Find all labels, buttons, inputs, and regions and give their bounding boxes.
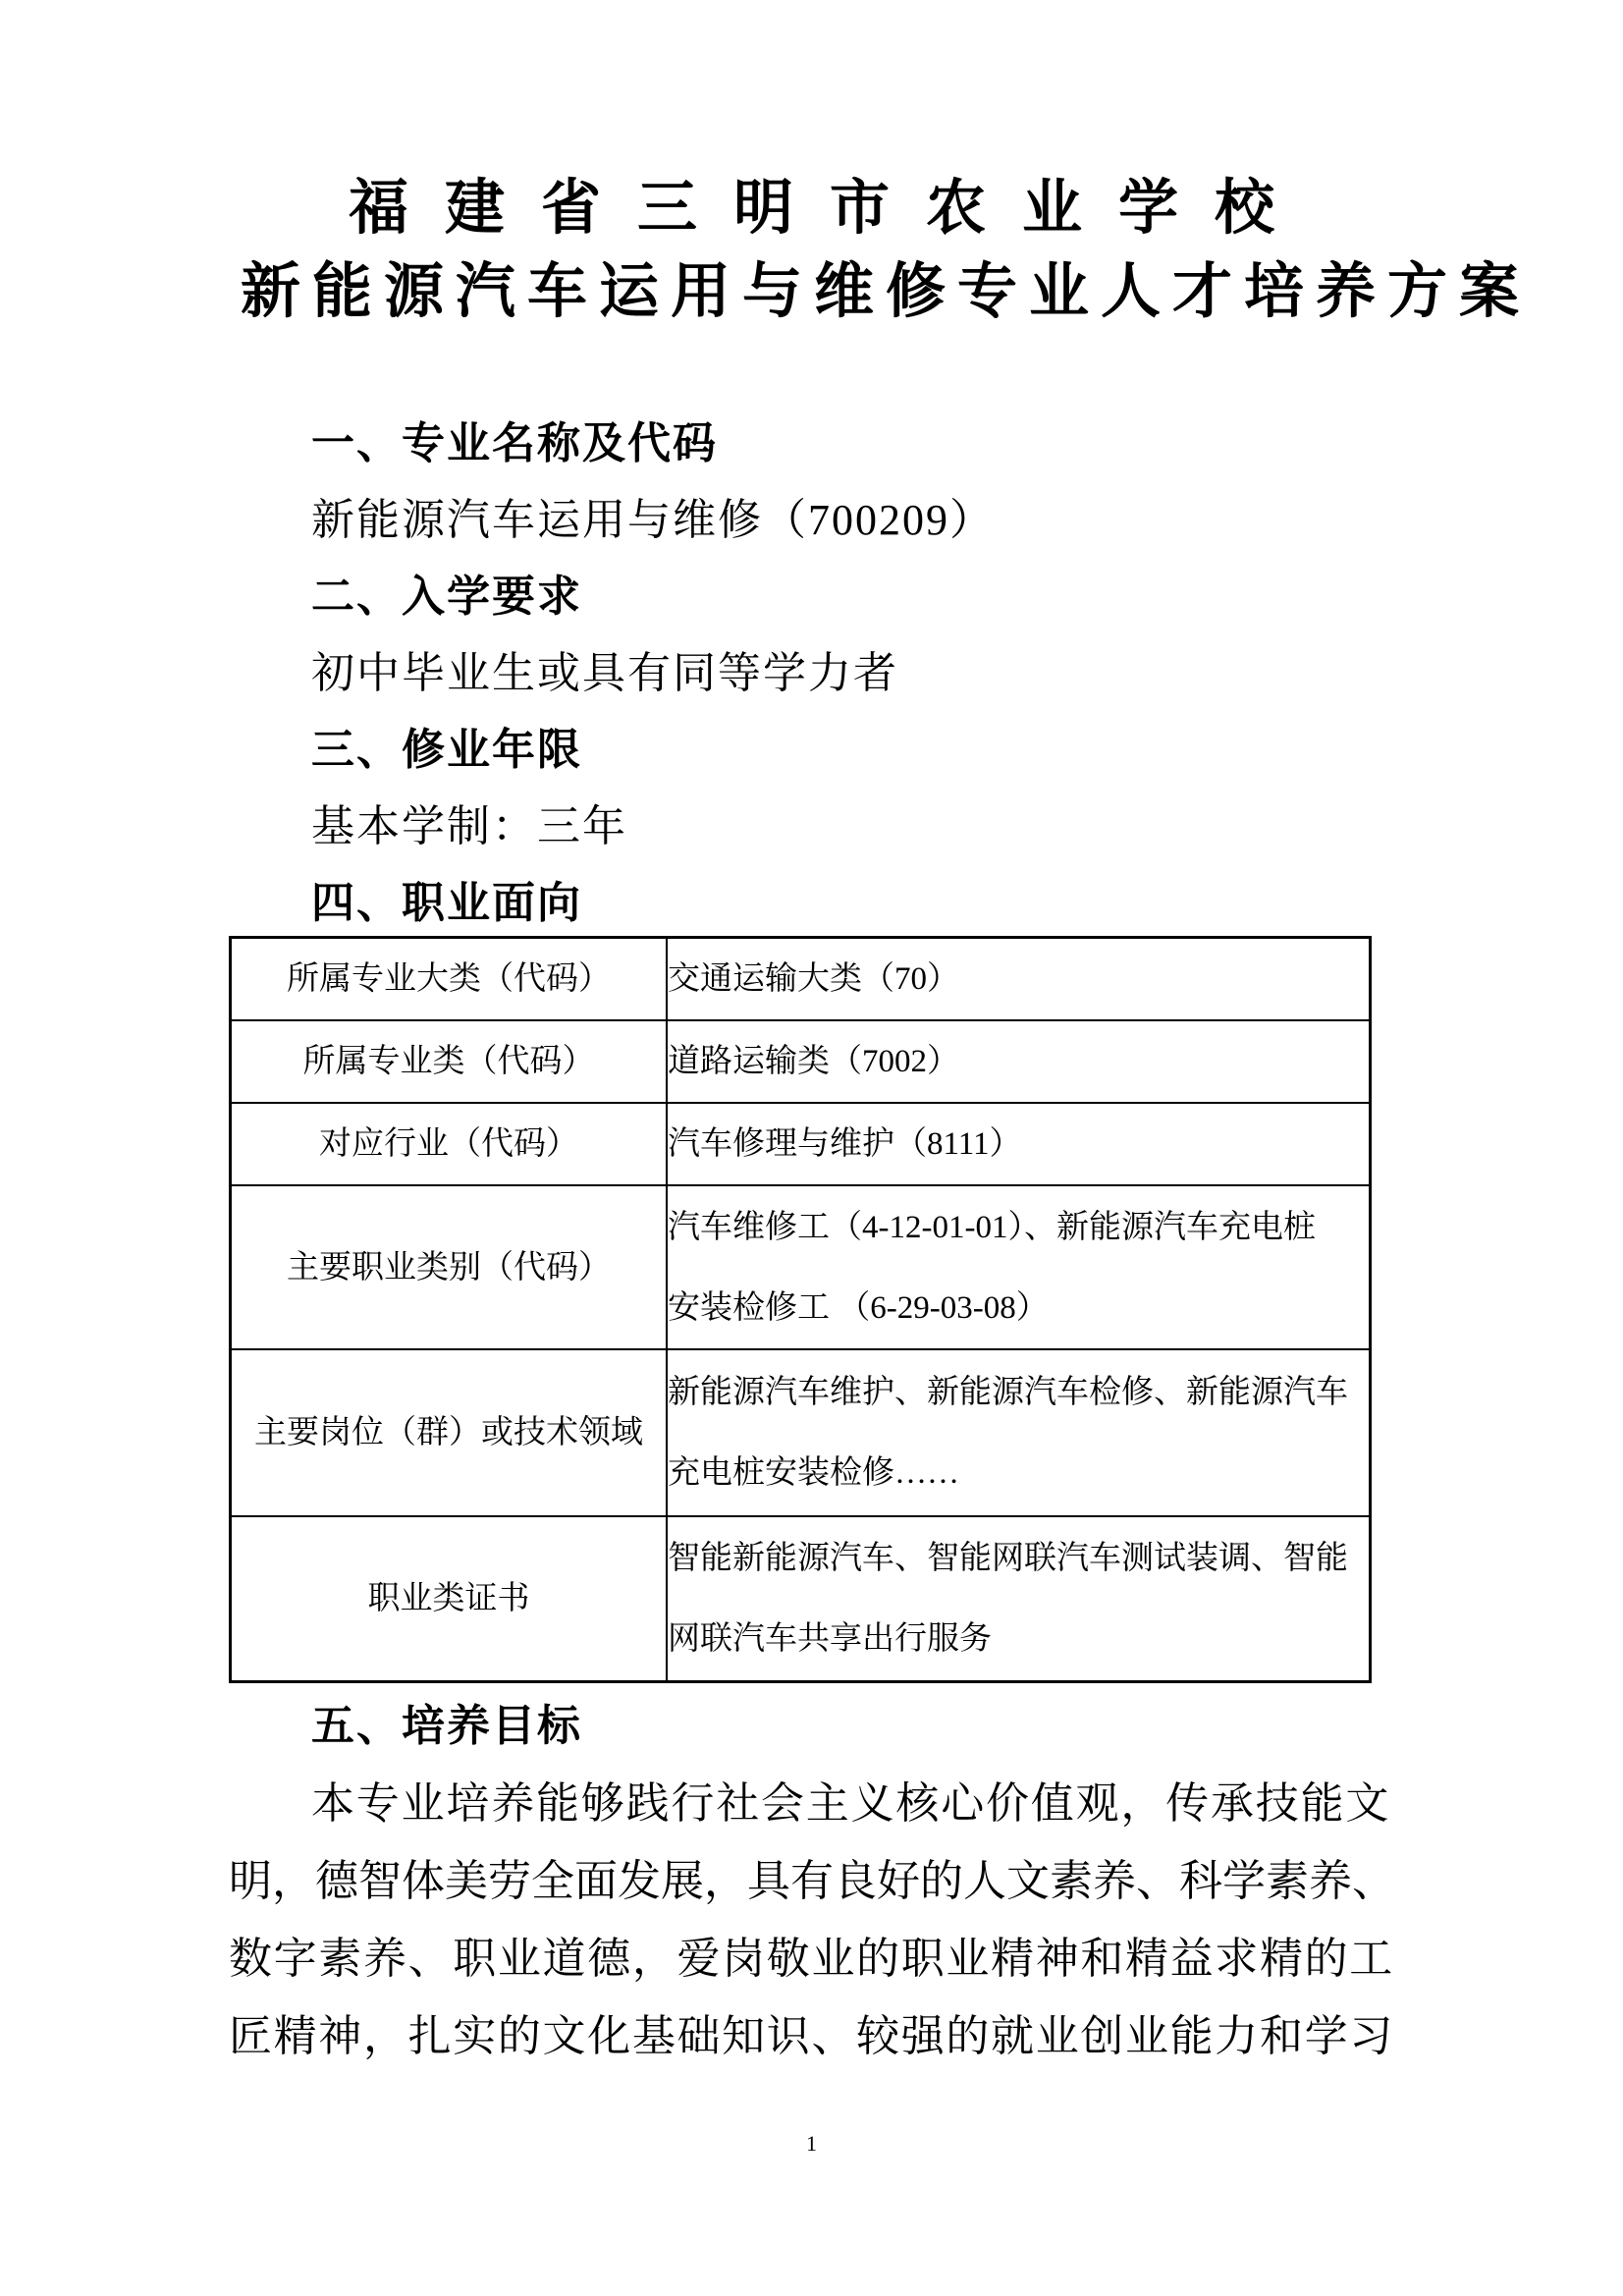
table-row: 所属专业大类（代码） 交通运输大类（70） — [231, 938, 1371, 1021]
row-value-line: 汽车维修工（4-12-01-01）、新能源汽车充电桩 — [668, 1187, 1369, 1268]
numbered-sections: 一、专业名称及代码 新能源汽车运用与维修（700209） 二、入学要求 初中毕业… — [229, 406, 1394, 942]
document-page: 福建省三明市农业学校 新能源汽车运用与维修专业人才培养方案 一、专业名称及代码 … — [0, 0, 1623, 2296]
section-4-heading: 四、职业面向 — [229, 865, 1394, 942]
paragraph-line: 明，德智体美劳全面发展，具有良好的人文素养、科学素养、 — [229, 1842, 1394, 1920]
page-content: 福建省三明市农业学校 新能源汽车运用与维修专业人才培养方案 一、专业名称及代码 … — [0, 0, 1623, 2075]
row-value-line: 新能源汽车维护、新能源汽车检修、新能源汽车 — [668, 1352, 1369, 1433]
section-1-heading: 一、专业名称及代码 — [229, 406, 1394, 482]
table-row: 主要岗位（群）或技术领域 新能源汽车维护、新能源汽车检修、新能源汽车 充电桩安装… — [231, 1349, 1371, 1516]
occupation-table: 所属专业大类（代码） 交通运输大类（70） 所属专业类（代码） 道路运输类（70… — [229, 936, 1372, 1683]
row-value-line: 充电桩安装检修…… — [668, 1433, 1369, 1513]
paragraph-line: 本专业培养能够践行社会主义核心价值观，传承技能文 — [229, 1765, 1394, 1842]
row-value-line: 道路运输类（7002） — [668, 1021, 1369, 1102]
row-value: 智能新能源汽车、智能网联汽车测试装调、智能 网联汽车共享出行服务 — [667, 1516, 1371, 1681]
row-value-line: 交通运输大类（70） — [668, 939, 1369, 1019]
row-label: 所属专业大类（代码） — [231, 938, 668, 1021]
section-3-body: 基本学制：三年 — [229, 789, 1394, 865]
row-value-line: 智能新能源汽车、智能网联汽车测试装调、智能 — [668, 1518, 1369, 1599]
row-label: 对应行业（代码） — [231, 1103, 668, 1185]
title-line-2: 新能源汽车运用与维修专业人才培养方案 — [229, 250, 1394, 334]
table-row: 主要职业类别（代码） 汽车维修工（4-12-01-01）、新能源汽车充电桩 安装… — [231, 1185, 1371, 1349]
row-value: 道路运输类（7002） — [667, 1020, 1371, 1103]
table-row: 所属专业类（代码） 道路运输类（7002） — [231, 1020, 1371, 1103]
row-label: 主要职业类别（代码） — [231, 1185, 668, 1349]
section-2-heading: 二、入学要求 — [229, 559, 1394, 635]
table-row: 职业类证书 智能新能源汽车、智能网联汽车测试装调、智能 网联汽车共享出行服务 — [231, 1516, 1371, 1681]
row-value-line: 汽车修理与维护（8111） — [668, 1104, 1369, 1184]
row-label: 所属专业类（代码） — [231, 1020, 668, 1103]
page-number: 1 — [0, 2129, 1623, 2159]
row-value: 交通运输大类（70） — [667, 938, 1371, 1021]
section-1-body: 新能源汽车运用与维修（700209） — [229, 482, 1394, 559]
title-line-1: 福建省三明市农业学校 — [229, 167, 1394, 250]
row-value: 汽车修理与维护（8111） — [667, 1103, 1371, 1185]
table-row: 对应行业（代码） 汽车修理与维护（8111） — [231, 1103, 1371, 1185]
section-3-heading: 三、修业年限 — [229, 712, 1394, 789]
paragraph-line: 数字素养、职业道德，爱岗敬业的职业精神和精益求精的工 — [229, 1920, 1394, 1997]
row-label: 职业类证书 — [231, 1516, 668, 1681]
document-title: 福建省三明市农业学校 新能源汽车运用与维修专业人才培养方案 — [229, 167, 1394, 334]
section-5: 五、培养目标 本专业培养能够践行社会主义核心价值观，传承技能文 明，德智体美劳全… — [229, 1687, 1394, 2075]
section-2-body: 初中毕业生或具有同等学力者 — [229, 635, 1394, 712]
paragraph-line: 匠精神，扎实的文化基础知识、较强的就业创业能力和学习 — [229, 1997, 1394, 2075]
row-value: 汽车维修工（4-12-01-01）、新能源汽车充电桩 安装检修工 （6-29-0… — [667, 1185, 1371, 1349]
row-value-line: 安装检修工 （6-29-03-08） — [668, 1268, 1369, 1348]
row-label: 主要岗位（群）或技术领域 — [231, 1349, 668, 1516]
row-value: 新能源汽车维护、新能源汽车检修、新能源汽车 充电桩安装检修…… — [667, 1349, 1371, 1516]
row-value-line: 网联汽车共享出行服务 — [668, 1599, 1369, 1679]
section-5-heading: 五、培养目标 — [229, 1687, 1394, 1765]
